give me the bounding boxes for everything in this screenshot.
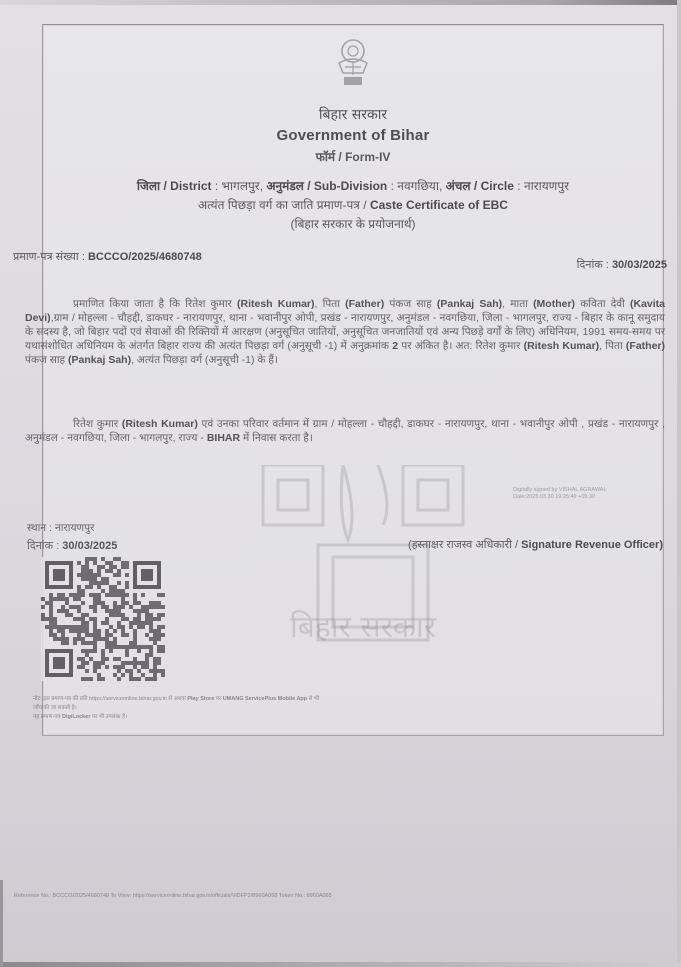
text: पर भी उपलब्ध है।: [90, 714, 127, 720]
text: में निवास करता है।: [240, 432, 313, 444]
issuer-english-title: Government of Bihar: [43, 127, 663, 144]
play-store-text: Play Store: [187, 696, 214, 702]
form-number: फॉर्म / Form-IV: [43, 148, 663, 165]
qr-code-icon[interactable]: [41, 557, 165, 681]
father-label: (Father): [626, 340, 665, 352]
text: नोट: इस प्रमाण-पत्र की प्रति https://ser…: [33, 696, 187, 702]
verification-note-line-1: नोट: इस प्रमाण-पत्र की प्रति https://ser…: [33, 695, 319, 704]
verification-note-line-3: यह प्रमाण-पत्र DigiLocker पर भी उपलब्ध ह…: [33, 713, 319, 722]
text: , अत्यंत पिछड़ा वर्ग (अनुसूची -1) के हैं…: [131, 354, 278, 366]
watermark-text: बिहार सरकार: [253, 605, 473, 646]
place-label: स्थान :: [27, 522, 52, 534]
photo-top-edge: [0, 0, 681, 5]
text: कविता देवी: [575, 298, 630, 310]
applicant-name: (Ritesh Kumar): [524, 340, 600, 352]
issue-date-label: दिनांक :: [577, 259, 609, 271]
signature-english: Signature Revenue Officer): [521, 539, 663, 551]
signature-hindi: (हस्ताक्षर राजस्व अधिकारी /: [408, 539, 521, 551]
photo-bottom-edge: [0, 962, 681, 967]
text: रितेश कुमार: [73, 418, 122, 430]
issue-date: दिनांक : 30/03/2025: [577, 257, 667, 272]
reference-footer: Reference No.: BCCCO/2025/4680748 To Vie…: [14, 893, 332, 899]
digilocker-text: DigiLocker: [62, 714, 90, 720]
certificate-title-english: Caste Certificate of EBC: [370, 198, 508, 212]
text: प्रमाणित किया जाता है कि रितेश कुमार: [73, 298, 237, 310]
text: , पिता: [599, 340, 626, 352]
subdivision-label: अनुमंडल / Sub-Division: [266, 179, 387, 193]
text: यह प्रमाण-पत्र: [33, 714, 62, 720]
certificate-number: प्रमाण-पत्र संख्या : BCCCO/2025/4680748: [13, 249, 202, 264]
text: पंकज साह: [25, 354, 68, 366]
text: , माता: [502, 298, 533, 310]
father-name: (Pankaj Sah): [68, 354, 131, 366]
digital-signature-date: Date:2025.03.30 19:25:49 +05:30: [513, 494, 607, 501]
certificate-document: बिहार सरकार Government of Bihar फॉर्म / …: [42, 24, 664, 736]
certificate-title: अत्यंत पिछड़ा वर्ग का जाति प्रमाण-पत्र /…: [43, 196, 663, 213]
district-label: जिला / District: [137, 179, 212, 193]
verification-note: नोट: इस प्रमाण-पत्र की प्रति https://ser…: [33, 695, 319, 722]
place-date-label: दिनांक :: [27, 540, 59, 552]
photo-left-edge: [0, 880, 3, 967]
mother-label: (Mother): [533, 298, 575, 310]
verification-note-line-2: जाँच की जा सकती है।: [33, 704, 319, 713]
applicant-name: (Ritesh Kumar): [237, 298, 315, 310]
issue-date-value: 30/03/2025: [612, 259, 667, 271]
place-date-value: 30/03/2025: [62, 540, 117, 552]
bihar-emblem-icon: [333, 37, 373, 89]
text: पर: [214, 696, 222, 702]
subdivision-value: नवगछिया: [397, 179, 439, 193]
circle-label: अंचल / Circle: [446, 179, 514, 193]
place: स्थान : नारायणपुर: [27, 521, 94, 535]
digital-signature-signer: Digitally signed by VISHAL AGRAWAL: [513, 487, 607, 494]
certificate-purpose: (बिहार सरकार के प्रयोजनार्थ): [43, 215, 663, 232]
text: से भी: [307, 696, 319, 702]
applicant-name: (Ritesh Kumar): [122, 418, 198, 430]
location-line: जिला / District : भागलपुर, अनुमंडल / Sub…: [43, 177, 663, 194]
text: , पिता: [315, 298, 346, 310]
certification-paragraph: प्रमाणित किया जाता है कि रितेश कुमार (Ri…: [25, 297, 665, 367]
residence-paragraph: रितेश कुमार (Ritesh Kumar) एवं उनका परिव…: [25, 417, 665, 445]
district-value: भागलपुर: [222, 179, 260, 193]
place-value: नारायणपुर: [55, 522, 95, 534]
text: पंकज साह: [384, 298, 437, 310]
text: पर अंकित है। अत: रितेश कुमार: [398, 340, 524, 352]
photo-right-edge: [677, 0, 681, 967]
umang-app-text: UMANG ServicePlus Mobile App: [223, 696, 307, 702]
issuer-hindi-title: बिहार सरकार: [43, 105, 663, 124]
digital-signature-stamp: Digitally signed by VISHAL AGRAWAL Date:…: [513, 487, 607, 501]
certificate-title-hindi: अत्यंत पिछड़ा वर्ग का जाति प्रमाण-पत्र /: [198, 198, 367, 212]
place-date: दिनांक : 30/03/2025: [27, 538, 117, 553]
state-name: BIHAR: [207, 432, 240, 444]
signature-label: (हस्ताक्षर राजस्व अधिकारी / Signature Re…: [408, 537, 663, 552]
certificate-number-value: BCCCO/2025/4680748: [88, 251, 202, 263]
father-name: (Pankaj Sah): [437, 298, 502, 310]
father-label: (Father): [345, 298, 384, 310]
certificate-number-label: प्रमाण-पत्र संख्या :: [13, 251, 85, 263]
circle-value: नारायणपुर: [524, 179, 569, 193]
